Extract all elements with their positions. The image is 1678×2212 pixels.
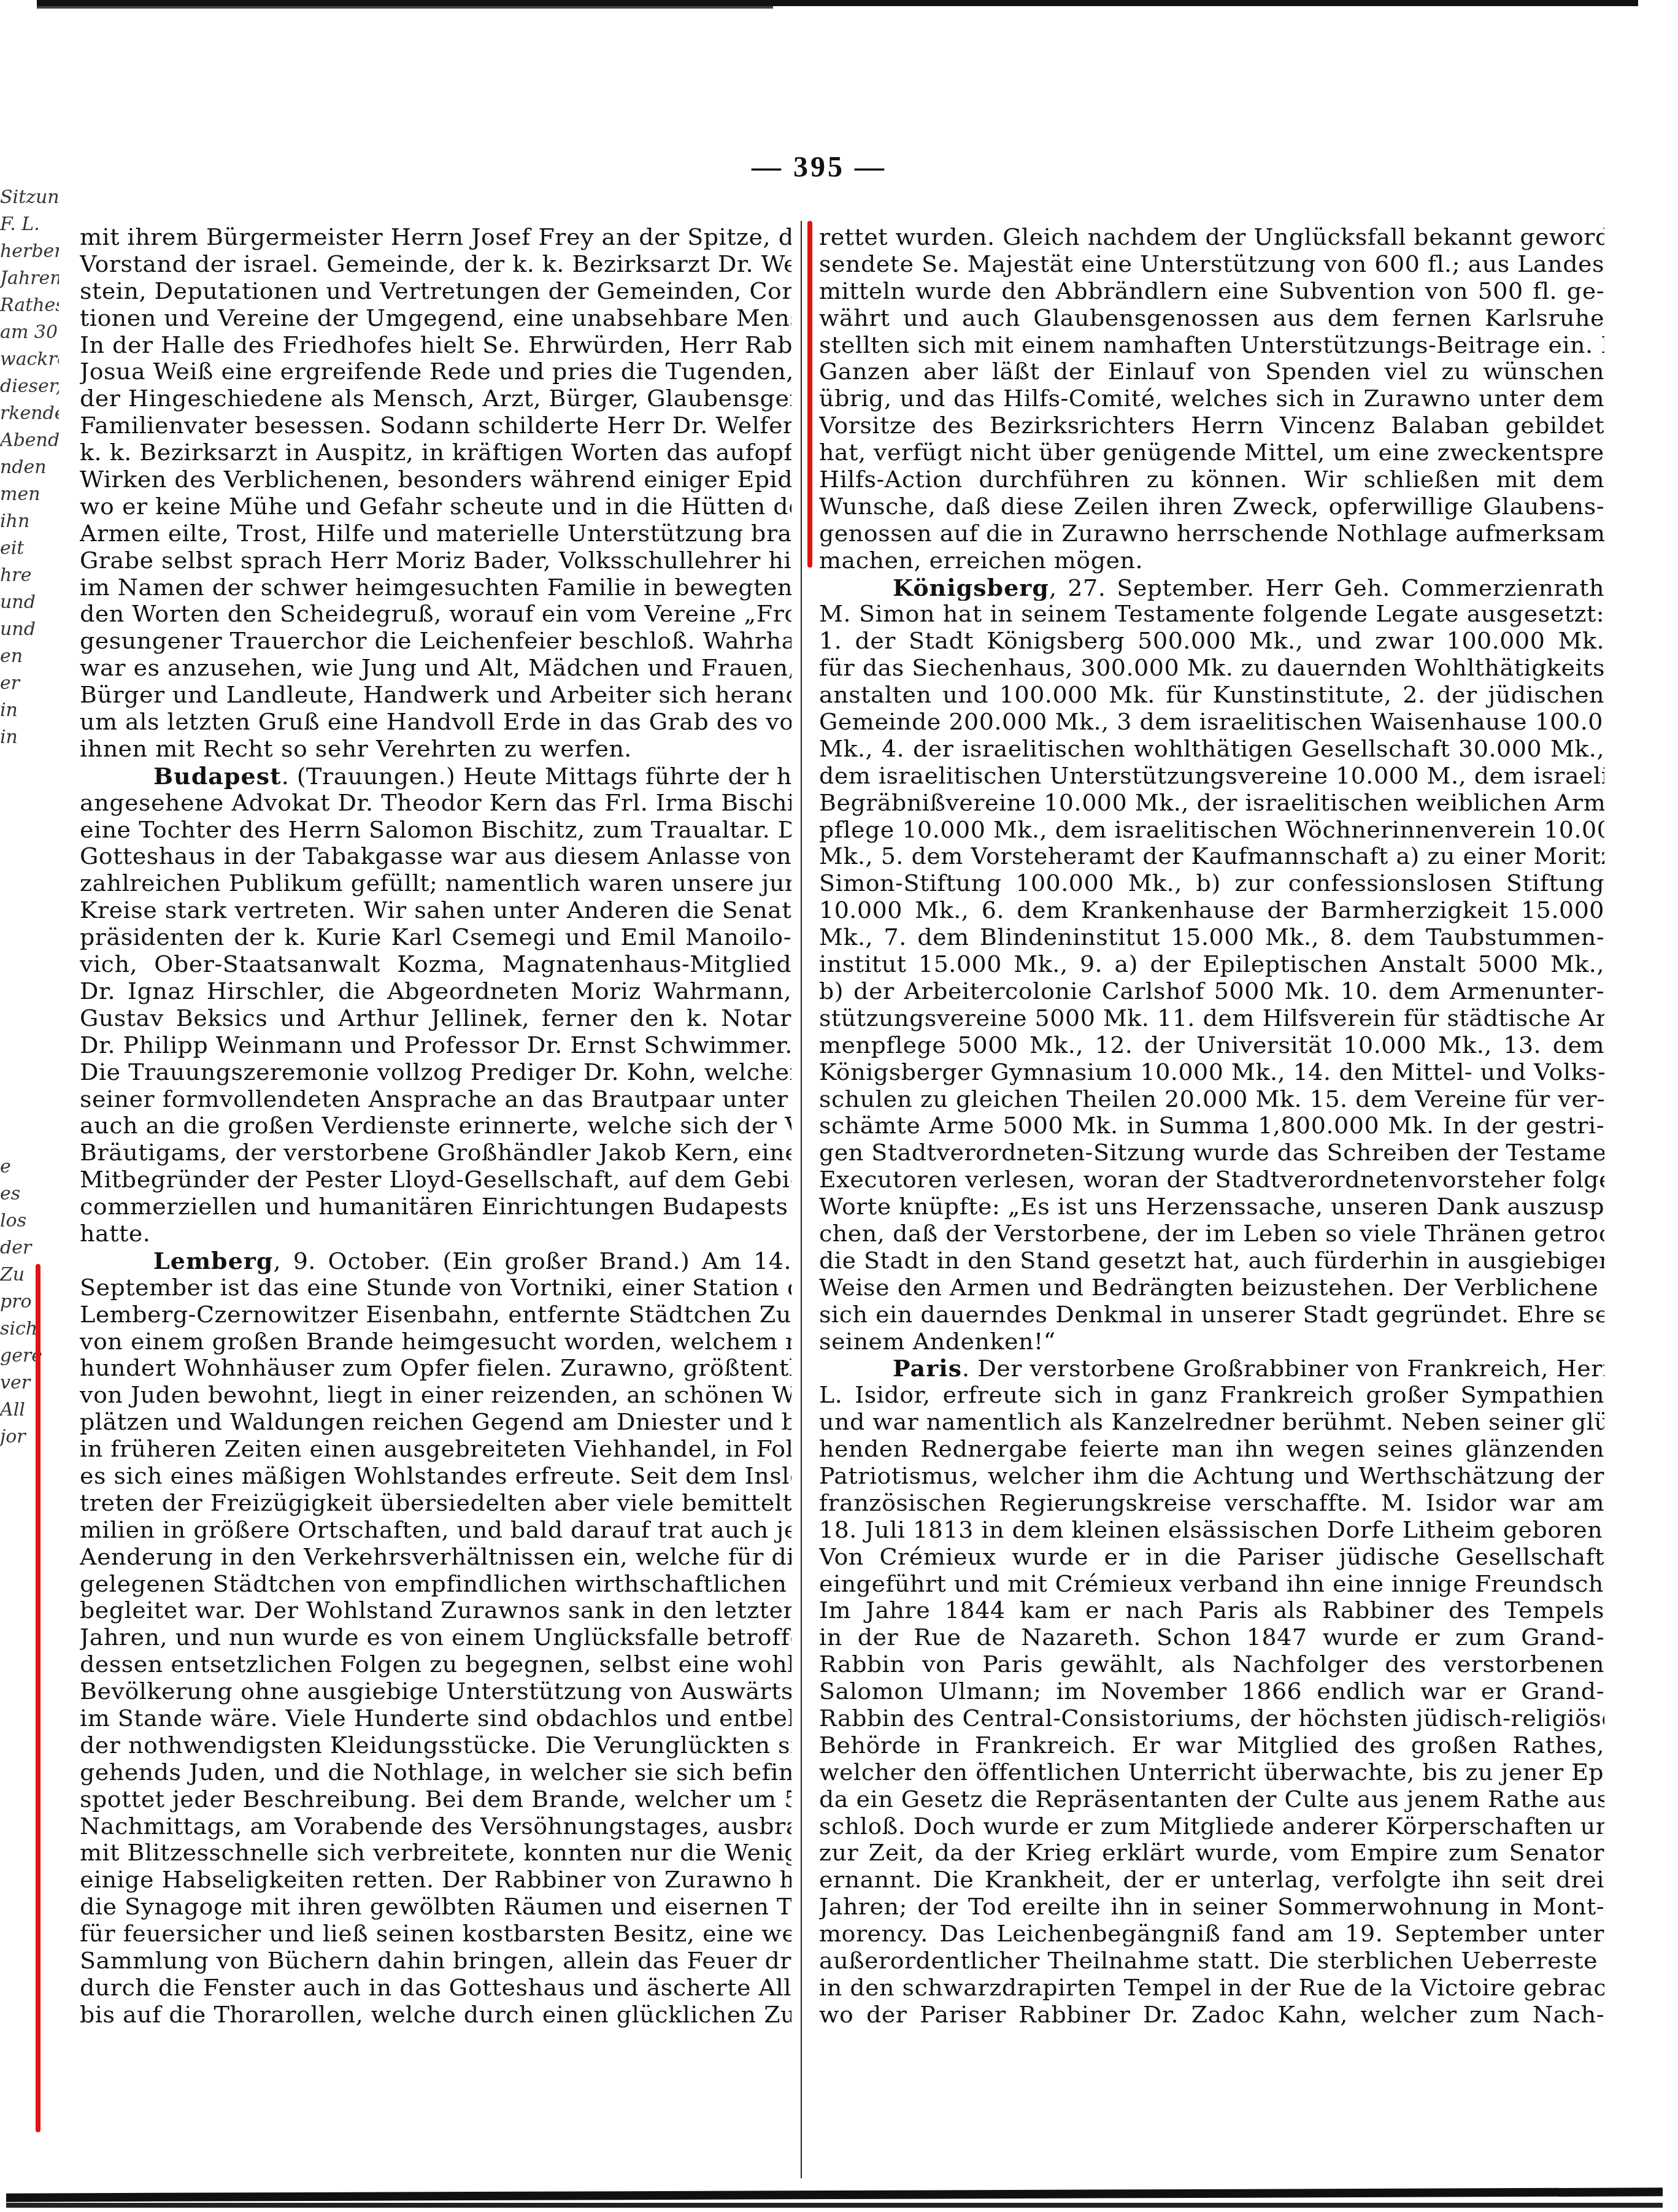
fragment-text: Rathes, bbox=[0, 292, 59, 319]
text-line: Dr. Ignaz Hirschler, die Abgeordneten Mo… bbox=[80, 978, 791, 1005]
fragment-text: Sitzung bbox=[0, 184, 59, 211]
section-heading: Budapest bbox=[153, 763, 282, 790]
text-line: Vorsitze des Bezirksrichters Herrn Vince… bbox=[819, 412, 1604, 439]
fragment-text: Jahren bbox=[0, 265, 59, 292]
text-line: Königsberger Gymnasium 10.000 Mk., 14. d… bbox=[819, 1059, 1604, 1086]
text-line: Jahren; der Tod ereilte ihn in seiner So… bbox=[819, 1894, 1604, 1921]
text-line: milien in größere Ortschaften, und bald … bbox=[80, 1517, 791, 1544]
text-line: machen, erreichen mögen. bbox=[819, 547, 1604, 574]
text-line: Lemberg-Czernowitzer Eisenbahn, entfernt… bbox=[80, 1301, 791, 1328]
text-line: Weise den Armen und Bedrängten beizusteh… bbox=[819, 1274, 1604, 1301]
text-line: Bürger und Landleute, Handwerk und Arbei… bbox=[80, 682, 791, 709]
text-line: seinem Andenken!“ bbox=[819, 1328, 1604, 1355]
text-line: Rabbin von Paris gewählt, als Nachfolger… bbox=[819, 1651, 1604, 1678]
text-line: Executoren verlesen, woran der Stadtvero… bbox=[819, 1166, 1604, 1193]
text-line: hat, verfügt nicht über genügende Mittel… bbox=[819, 439, 1604, 466]
text-line: genossen auf die in Zurawno herrschende … bbox=[819, 520, 1604, 547]
text-line: Bevölkerung ohne ausgiebige Unterstützun… bbox=[80, 1678, 791, 1705]
text-line: rettet wurden. Gleich nachdem der Unglüc… bbox=[819, 224, 1604, 251]
text-line: von Juden bewohnt, liegt in einer reizen… bbox=[80, 1382, 791, 1409]
text-line: sich ein dauerndes Denkmal in unserer St… bbox=[819, 1301, 1604, 1328]
text-line: mitteln wurde den Abbrändlern eine Subve… bbox=[819, 278, 1604, 305]
text-line: für feuersicher und ließ seinen kostbars… bbox=[80, 1921, 791, 1948]
text-line: von einem großen Brande heimgesucht word… bbox=[80, 1328, 791, 1355]
text-line: Mitbegründer der Pester Lloyd-Gesellscha… bbox=[80, 1166, 791, 1193]
text-line: Mk., 5. dem Vorsteheramt der Kaufmannsch… bbox=[819, 843, 1604, 870]
text-line: auch an die großen Verdienste erinnerte,… bbox=[80, 1112, 791, 1139]
text-line: Die Trauungszeremonie vollzog Prediger D… bbox=[80, 1059, 791, 1086]
text-line: es sich eines mäßigen Wohlstandes erfreu… bbox=[80, 1463, 791, 1490]
text-line: Simon-Stiftung 100.000 Mk., b) zur confe… bbox=[819, 870, 1604, 897]
text-line: Familienvater besessen. Sodann schildert… bbox=[80, 412, 791, 439]
text-line: hatte. bbox=[80, 1220, 791, 1247]
text-line: angesehene Advokat Dr. Theodor Kern das … bbox=[80, 790, 791, 817]
fragment-text: F. L. bbox=[0, 211, 59, 238]
fragment-text: ihn bbox=[0, 508, 59, 535]
adjacent-page-fragment-top: SitzungF. L.herbenJahrenRathes,am 30.wac… bbox=[0, 184, 59, 751]
text-line: die Stadt in den Stand gesetzt hat, auch… bbox=[819, 1247, 1604, 1274]
text-line: durch die Fenster auch in das Gotteshaus… bbox=[80, 1975, 791, 2002]
text-line: präsidenten der k. Kurie Karl Csemegi un… bbox=[80, 924, 791, 951]
text-line: Bräutigams, der verstorbene Großhändler … bbox=[80, 1139, 791, 1166]
fragment-text: und bbox=[0, 589, 59, 616]
fragment-text: ver bbox=[0, 1370, 59, 1397]
text-line: institut 15.000 Mk., 9. a) der Epileptis… bbox=[819, 951, 1604, 978]
fragment-text: gere bbox=[0, 1343, 59, 1370]
text-line: mit Blitzesschnelle sich verbreitete, ko… bbox=[80, 1840, 791, 1867]
fragment-text: am 30. bbox=[0, 319, 59, 346]
fragment-text: er bbox=[0, 670, 59, 697]
text-line: Gotteshaus in der Tabakgasse war aus die… bbox=[80, 843, 791, 870]
text-line: währt und auch Glaubensgenossen aus dem … bbox=[819, 305, 1604, 332]
scan-top-edge-shadow bbox=[37, 6, 773, 9]
right-column: rettet wurden. Gleich nachdem der Unglüc… bbox=[819, 224, 1604, 2029]
text-line: 1. der Stadt Königsberg 500.000 Mk., und… bbox=[819, 628, 1604, 655]
text-line: Behörde in Frankreich. Er war Mitglied d… bbox=[819, 1732, 1604, 1759]
fragment-text: es bbox=[0, 1181, 59, 1208]
text-line: wo der Pariser Rabbiner Dr. Zadoc Kahn, … bbox=[819, 2002, 1604, 2029]
red-highlight-mark-right bbox=[807, 221, 812, 568]
section-heading: Paris bbox=[893, 1355, 962, 1382]
text-line: und war namentlich als Kanzelredner berü… bbox=[819, 1409, 1604, 1436]
text-line: hundert Wohnhäuser zum Opfer fielen. Zur… bbox=[80, 1355, 791, 1382]
fragment-text: dieser, bbox=[0, 373, 59, 400]
text-line: chen, daß der Verstorbene, der im Leben … bbox=[819, 1220, 1604, 1247]
section-heading: Lemberg bbox=[153, 1247, 273, 1274]
text-line: In der Halle des Friedhofes hielt Se. Eh… bbox=[80, 332, 791, 359]
text-line: Worte knüpfte: „Es ist uns Herzenssache,… bbox=[819, 1193, 1604, 1220]
text-line: wo er keine Mühe und Gefahr scheute und … bbox=[80, 493, 791, 520]
text-line: einige Habseligkeiten retten. Der Rabbin… bbox=[80, 1867, 791, 1894]
fragment-text: in bbox=[0, 724, 59, 751]
text-line: Mk., 4. der israelitischen wohlthätigen … bbox=[819, 736, 1604, 763]
text-line: im Namen der schwer heimgesuchten Famili… bbox=[80, 574, 791, 601]
text-line: Paris. Der verstorbene Großrabbiner von … bbox=[819, 1355, 1604, 1382]
fragment-text: nden bbox=[0, 454, 59, 481]
text-line: zahlreichen Publikum gefüllt; namentlich… bbox=[80, 870, 791, 897]
text-line: Im Jahre 1844 kam er nach Paris als Rabb… bbox=[819, 1597, 1604, 1624]
fragment-text: hre bbox=[0, 562, 59, 589]
text-line: Kreise stark vertreten. Wir sahen unter … bbox=[80, 897, 791, 924]
text-line: henden Rednergabe feierte man ihn wegen … bbox=[819, 1436, 1604, 1463]
text-line: Aenderung in den Verkehrsverhältnissen e… bbox=[80, 1544, 791, 1571]
text-line: um als letzten Gruß eine Handvoll Erde i… bbox=[80, 709, 791, 736]
text-line: stützungsvereine 5000 Mk. 11. dem Hilfsv… bbox=[819, 1005, 1604, 1032]
text-line: schloß. Doch wurde er zum Mitgliede ande… bbox=[819, 1813, 1604, 1840]
scan-top-edge bbox=[37, 0, 1638, 6]
fragment-text: men bbox=[0, 481, 59, 508]
text-line: b) der Arbeitercolonie Carlshof 5000 Mk.… bbox=[819, 978, 1604, 1005]
text-line: anstalten und 100.000 Mk. für Kunstinsti… bbox=[819, 682, 1604, 709]
text-line: Ganzen aber läßt der Einlauf von Spenden… bbox=[819, 358, 1604, 385]
text-line: stellten sich mit einem namhaften Unters… bbox=[819, 332, 1604, 359]
red-highlight-mark-left bbox=[36, 1264, 40, 2132]
fragment-text: jor bbox=[0, 1424, 59, 1451]
text-line: vich, Ober-Staatsanwalt Kozma, Magnatenh… bbox=[80, 951, 791, 978]
text-line: plätzen und Waldungen reichen Gegend am … bbox=[80, 1409, 791, 1436]
fragment-text: Abend bbox=[0, 427, 59, 454]
fragment-text: der bbox=[0, 1235, 59, 1262]
scan-bottom-edge-shadow bbox=[6, 2203, 1663, 2208]
fragment-text: und bbox=[0, 616, 59, 643]
text-line: schämte Arme 5000 Mk. in Summa 1,800.000… bbox=[819, 1112, 1604, 1139]
text-line: Nachmittags, am Vorabende des Versöhnung… bbox=[80, 1813, 791, 1840]
page-number: — 395 — bbox=[718, 150, 920, 184]
text-line: mit ihrem Bürgermeister Herrn Josef Frey… bbox=[80, 224, 791, 251]
text-line: k. k. Bezirksarzt in Auspitz, in kräftig… bbox=[80, 439, 791, 466]
text-line: den Worten den Scheidegruß, worauf ein v… bbox=[80, 601, 791, 628]
text-line: dessen entsetzlichen Folgen zu begegnen,… bbox=[80, 1651, 791, 1678]
text-line: Dr. Philipp Weinmann und Professor Dr. E… bbox=[80, 1032, 791, 1059]
text-line: L. Isidor, erfreute sich in ganz Frankre… bbox=[819, 1382, 1604, 1409]
text-line: Wirken des Verblichenen, besonders währe… bbox=[80, 466, 791, 493]
text-line: gen Stadtverordneten-Sitzung wurde das S… bbox=[819, 1139, 1604, 1166]
text-line: eingeführt und mit Crémieux verband ihn … bbox=[819, 1571, 1604, 1598]
text-line: französischen Regierungskreise verschaff… bbox=[819, 1490, 1604, 1517]
text-line: war es anzusehen, wie Jung und Alt, Mädc… bbox=[80, 655, 791, 682]
fragment-text: rkende bbox=[0, 400, 59, 427]
text-line: begleitet war. Der Wohlstand Zurawnos sa… bbox=[80, 1597, 791, 1624]
fragment-text: los bbox=[0, 1208, 59, 1235]
text-line: Königsberg, 27. September. Herr Geh. Com… bbox=[819, 574, 1604, 601]
text-line: pflege 10.000 Mk., dem israelitischen Wö… bbox=[819, 817, 1604, 844]
text-line: Armen eilte, Trost, Hilfe und materielle… bbox=[80, 520, 791, 547]
fragment-text: in bbox=[0, 697, 59, 724]
text-line: M. Simon hat in seinem Testamente folgen… bbox=[819, 601, 1604, 628]
text-line: in der Rue de Nazareth. Schon 1847 wurde… bbox=[819, 1624, 1604, 1651]
text-line: dem israelitischen Unterstützungsvereine… bbox=[819, 763, 1604, 790]
fragment-text: wackrer, bbox=[0, 346, 59, 373]
fragment-text: herben bbox=[0, 238, 59, 265]
text-line: Gemeinde 200.000 Mk., 3 dem israelitisch… bbox=[819, 709, 1604, 736]
text-line: ihnen mit Recht so sehr Verehrten zu wer… bbox=[80, 736, 791, 763]
section-heading: Königsberg bbox=[893, 574, 1049, 601]
text-line: Patriotismus, welcher ihm die Achtung un… bbox=[819, 1463, 1604, 1490]
scan-bottom-edge bbox=[6, 2187, 1663, 2202]
text-line: zur Zeit, da der Krieg erklärt wurde, vo… bbox=[819, 1840, 1604, 1867]
column-divider bbox=[801, 221, 802, 2178]
fragment-text: en bbox=[0, 643, 59, 670]
text-line: 18. Juli 1813 in dem kleinen elsässische… bbox=[819, 1517, 1604, 1544]
text-line: stein, Deputationen und Vertretungen der… bbox=[80, 278, 791, 305]
text-line: gesungener Trauerchor die Leichenfeier b… bbox=[80, 628, 791, 655]
text-line: morency. Das Leichenbegängniß fand am 19… bbox=[819, 1921, 1604, 1948]
fragment-text: eit bbox=[0, 535, 59, 562]
text-line: Wunsche, daß diese Zeilen ihren Zweck, o… bbox=[819, 493, 1604, 520]
text-line: Salomon Ulmann; im November 1866 endlich… bbox=[819, 1678, 1604, 1705]
text-line: 10.000 Mk., 6. dem Krankenhause der Barm… bbox=[819, 897, 1604, 924]
text-line: September ist das eine Stunde von Vortni… bbox=[80, 1274, 791, 1301]
text-line: der Hingeschiedene als Mensch, Arzt, Bür… bbox=[80, 385, 791, 412]
fragment-text: Zu bbox=[0, 1262, 59, 1289]
text-line: welcher den öffentlichen Unterricht über… bbox=[819, 1759, 1604, 1786]
text-line: Mk., 7. dem Blindeninstitut 15.000 Mk., … bbox=[819, 924, 1604, 951]
text-line: Jahren, und nun wurde es von einem Unglü… bbox=[80, 1624, 791, 1651]
text-line: in früheren Zeiten einen ausgebreiteten … bbox=[80, 1436, 791, 1463]
text-line: Rabbin des Central-Consistoriums, der hö… bbox=[819, 1705, 1604, 1732]
text-line: Vorstand der israel. Gemeinde, der k. k.… bbox=[80, 251, 791, 278]
text-line: tionen und Vereine der Umgegend, eine un… bbox=[80, 305, 791, 332]
text-line: Gustav Beksics und Arthur Jellinek, fern… bbox=[80, 1005, 791, 1032]
text-line: die Synagoge mit ihren gewölbten Räumen … bbox=[80, 1894, 791, 1921]
text-line: Budapest. (Trauungen.) Heute Mittags füh… bbox=[80, 763, 791, 790]
text-line: ernannt. Die Krankheit, der er unterlag,… bbox=[819, 1867, 1604, 1894]
text-line: Begräbnißvereine 10.000 Mk., der israeli… bbox=[819, 790, 1604, 817]
text-line: schulen zu gleichen Theilen 20.000 Mk. 1… bbox=[819, 1086, 1604, 1113]
text-line: menpflege 5000 Mk., 12. der Universität … bbox=[819, 1032, 1604, 1059]
text-line: commerziellen und humanitären Einrichtun… bbox=[80, 1193, 791, 1220]
text-line: seiner formvollendeten Ansprache an das … bbox=[80, 1086, 791, 1113]
adjacent-page-fragment-bottom: eeslosderZuprosichgereverAlljor bbox=[0, 1154, 59, 1451]
text-line: der nothwendigsten Kleidungsstücke. Die … bbox=[80, 1732, 791, 1759]
fragment-text: sich bbox=[0, 1316, 59, 1343]
text-line: für das Siechenhaus, 300.000 Mk. zu daue… bbox=[819, 655, 1604, 682]
text-line: da ein Gesetz die Repräsentanten der Cul… bbox=[819, 1786, 1604, 1813]
text-line: außerordentlicher Theilnahme statt. Die … bbox=[819, 1948, 1604, 1975]
text-line: treten der Freizügigkeit übersiedelten a… bbox=[80, 1490, 791, 1517]
fragment-text: All bbox=[0, 1397, 59, 1424]
text-line: im Stande wäre. Viele Hunderte sind obda… bbox=[80, 1705, 791, 1732]
text-line: übrig, und das Hilfs-Comité, welches sic… bbox=[819, 385, 1604, 412]
text-line: bis auf die Thorarollen, welche durch ei… bbox=[80, 2002, 791, 2029]
text-line: gelegenen Städtchen von empfindlichen wi… bbox=[80, 1571, 791, 1598]
text-line: Josua Weiß eine ergreifende Rede und pri… bbox=[80, 358, 791, 385]
text-line: eine Tochter des Herrn Salomon Bischitz,… bbox=[80, 817, 791, 844]
text-line: gehends Juden, und die Nothlage, in welc… bbox=[80, 1759, 791, 1786]
text-line: spottet jeder Beschreibung. Bei dem Bran… bbox=[80, 1786, 791, 1813]
text-line: Hilfs-Action durchführen zu können. Wir … bbox=[819, 466, 1604, 493]
text-line: Von Crémieux wurde er in die Pariser jüd… bbox=[819, 1544, 1604, 1571]
fragment-text: e bbox=[0, 1154, 59, 1181]
left-column: mit ihrem Bürgermeister Herrn Josef Frey… bbox=[80, 224, 791, 2029]
text-line: sendete Se. Majestät eine Unterstützung … bbox=[819, 251, 1604, 278]
fragment-text: pro bbox=[0, 1289, 59, 1316]
text-line: Lemberg, 9. October. (Ein großer Brand.)… bbox=[80, 1247, 791, 1274]
text-line: Sammlung von Büchern dahin bringen, alle… bbox=[80, 1948, 791, 1975]
text-line: in den schwarzdrapirten Tempel in der Ru… bbox=[819, 1975, 1604, 2002]
text-line: Grabe selbst sprach Herr Moriz Bader, Vo… bbox=[80, 547, 791, 574]
